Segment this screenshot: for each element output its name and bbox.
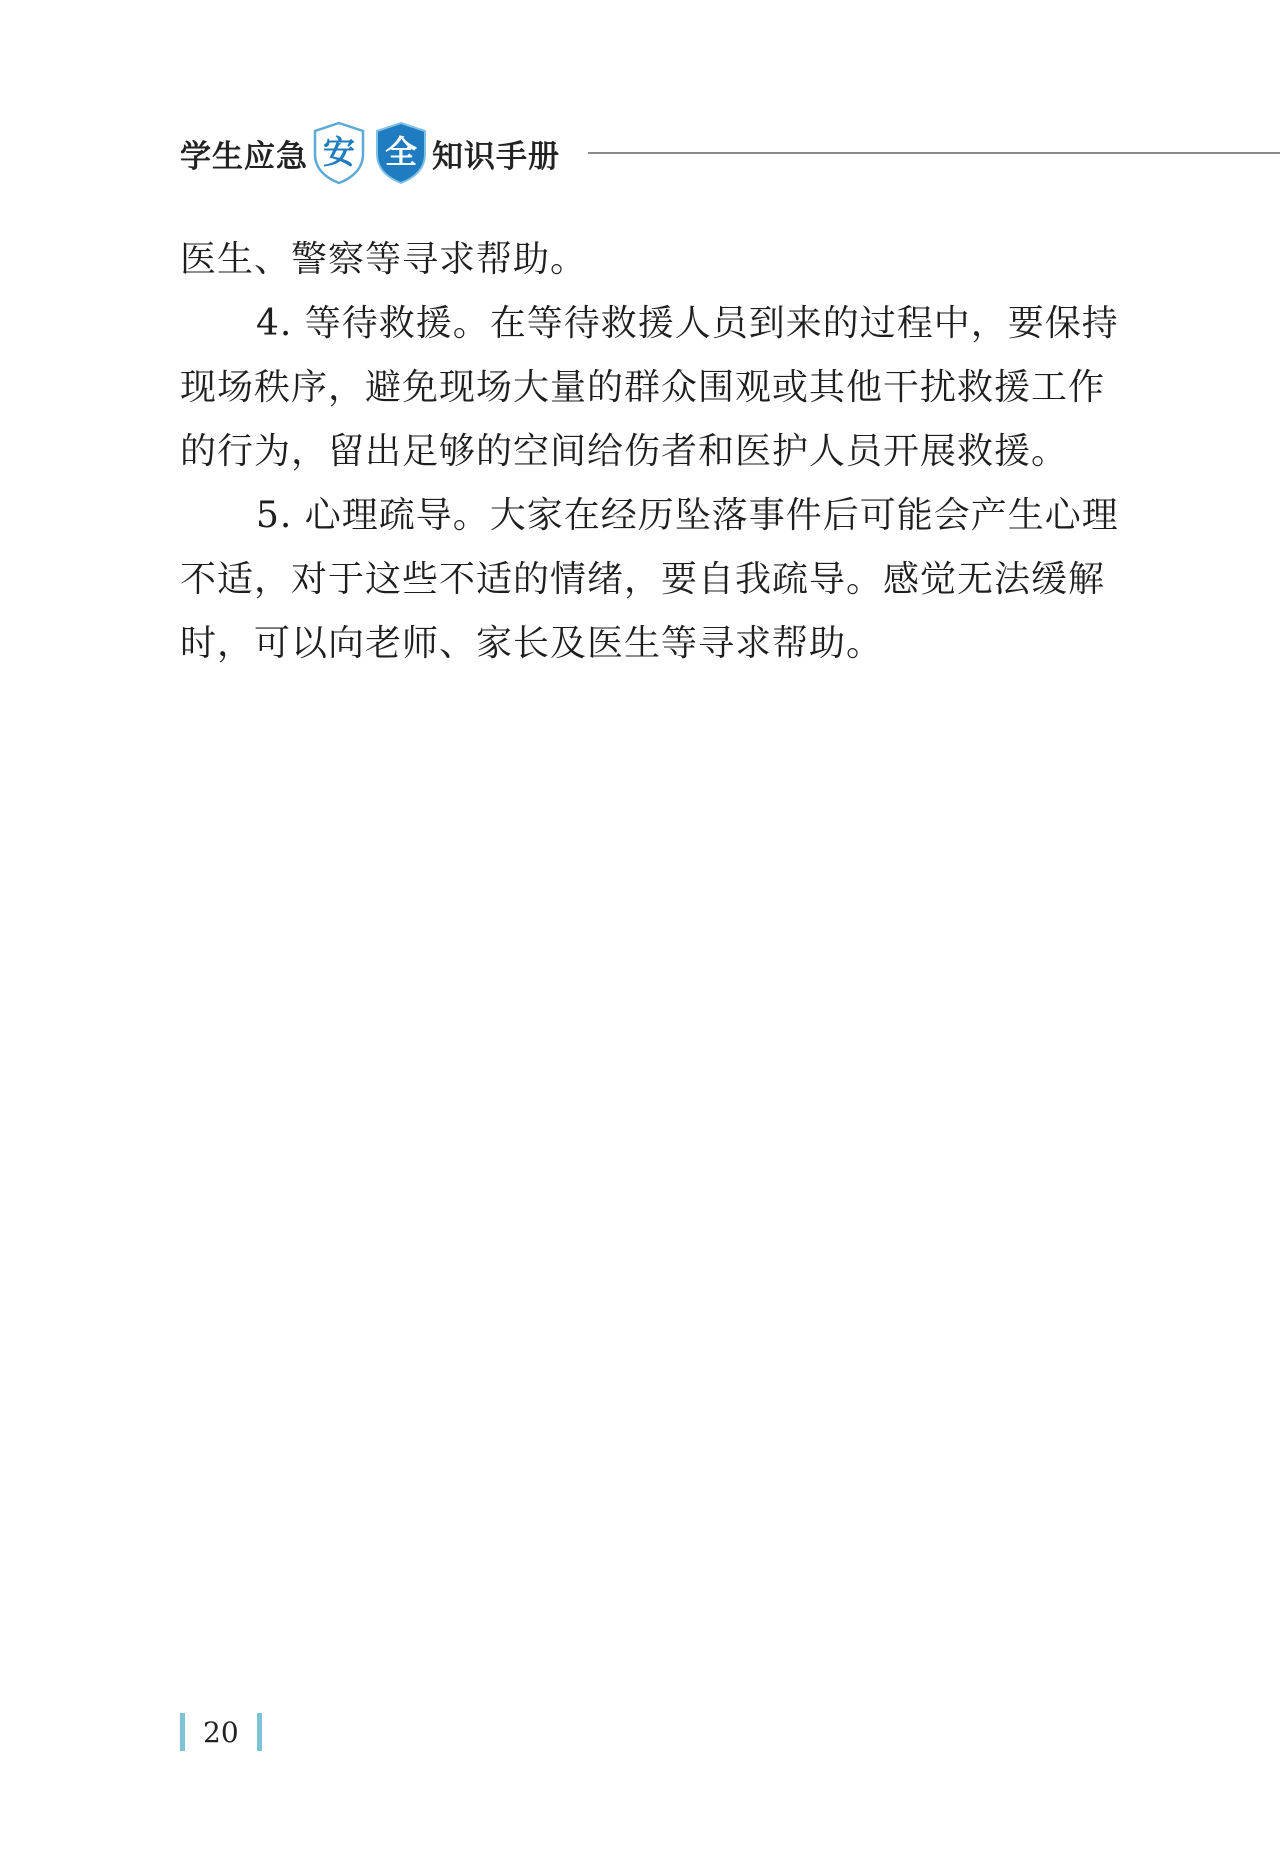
header-rule: [588, 152, 1280, 154]
body-text: 医生、警察等寻求帮助。 4. 等待救援。在等待救援人员到来的过程中，要保持现场秩…: [180, 228, 1120, 676]
page-number: 20: [203, 1716, 239, 1749]
shield-filled-icon: 全: [373, 120, 429, 186]
paragraph: 4. 等待救援。在等待救援人员到来的过程中，要保持现场秩序，避免现场大量的群众围…: [180, 292, 1120, 484]
shield-1-char: 安: [323, 127, 355, 173]
shield-2-char: 全: [385, 127, 417, 173]
page-bar-right: [257, 1713, 262, 1751]
page-bar-left: [180, 1713, 185, 1751]
page-number-block: 20: [180, 1712, 262, 1752]
shield-outline-icon: 安: [311, 120, 367, 186]
paragraph: 医生、警察等寻求帮助。: [180, 228, 1120, 292]
header-title-prefix: 学生应急: [180, 131, 308, 176]
running-header: 学生应急 安 全 知识手册: [180, 118, 560, 188]
paragraph: 5. 心理疏导。大家在经历坠落事件后可能会产生心理不适，对于这些不适的情绪，要自…: [180, 484, 1120, 676]
header-title-suffix: 知识手册: [432, 131, 560, 176]
